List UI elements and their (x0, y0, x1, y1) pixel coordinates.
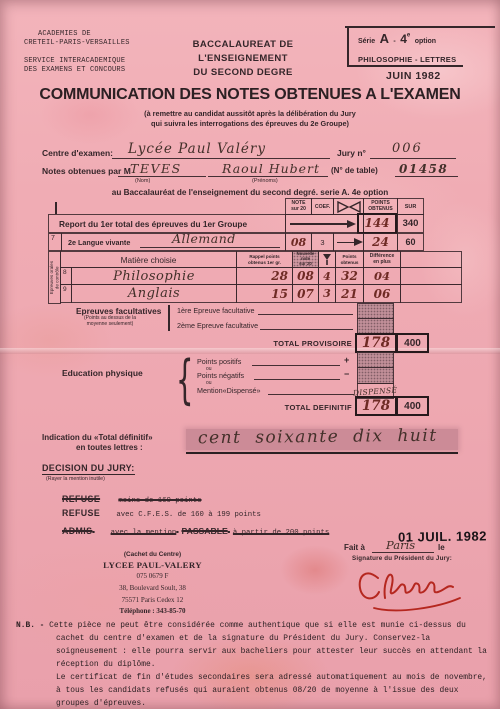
indication-rule (186, 452, 458, 454)
matiere-header-note: Nouvelle note sur 20 (292, 251, 319, 268)
col-header-coef: COEF. (311, 198, 334, 215)
report-points-box: 144 (357, 213, 397, 234)
centre-label: Centre d'examen: (42, 148, 113, 158)
diff-header-l2: en plus (373, 260, 391, 266)
row8-spare (400, 267, 462, 285)
date-stamp: 01 JUIL. 1982 (398, 528, 487, 544)
decision-title: DECISION DU JURY: (42, 463, 135, 475)
jury-field-line (370, 157, 456, 159)
education-line2-rule (254, 378, 340, 380)
page-title: COMMUNICATION DES NOTES OBTENUES A L'EXA… (0, 86, 500, 104)
education-line3-label: Mention«Dispensé» (197, 386, 261, 395)
lycee-address1: 38, Boulevard Soult, 38 (60, 584, 245, 592)
facultative2-line (260, 328, 353, 330)
report-points-value: 144 (364, 216, 389, 230)
total-provisoire-label: TOTAL PROVISOIRE (240, 339, 352, 348)
report-row-label: Report du 1er total des épreuves du 1er … (48, 214, 286, 233)
row9-rappel: 15 (236, 284, 293, 303)
table-number-value: 01458 (399, 162, 448, 176)
prenom-sublabel: (Prénoms) (252, 178, 278, 184)
row7-subject-line (140, 246, 280, 248)
total-definitif-box: 178 (355, 396, 397, 416)
bac-option-line: au Baccalauréat de l'enseignement du sec… (0, 188, 500, 197)
serie-word: option (415, 38, 436, 45)
multiply-bowtie-icon (337, 201, 361, 213)
row7-num: 7 (48, 233, 62, 251)
centre-value: Lycée Paul Valéry (128, 141, 266, 157)
service-line1: SERVICE INTERACADEMIQUE (24, 57, 130, 66)
table-number-label: (N° de table) (331, 166, 378, 175)
points-header-l2: obtenus (341, 260, 359, 265)
education-minus-cell (357, 367, 394, 384)
col-header-note: NOTE sur 20 (285, 198, 312, 215)
row9-spare (400, 284, 462, 303)
academies-line1: ACADEMIES DE (24, 30, 130, 39)
row8-rappel: 28 (236, 267, 293, 285)
jury-label: Jury n° (337, 148, 366, 158)
lycee-address2: 75571 Paris Cedex 12 (60, 596, 245, 604)
report-sur-cell: 340 (397, 214, 424, 233)
col-header-sur: SUR (397, 198, 424, 215)
matiere-header-coef (318, 251, 336, 268)
serie-sup: e (407, 33, 410, 39)
decision-admis-word: ADMIS (62, 526, 92, 536)
academies-line2: CRETEIL-PARIS-VERSAILLES (24, 39, 130, 48)
decision-note: (Rayer la mention inutile) (46, 476, 105, 482)
education-line1-rule (252, 364, 340, 366)
education-plus-sign: + (344, 355, 349, 365)
filiere-label: PHILOSOPHIE - LETTRES (358, 55, 463, 64)
rappel-header-l2: obtenus 1er gr. (248, 260, 281, 265)
row9-subject-cell: Anglais (71, 284, 237, 303)
decision-refuse2-rest: avec C.F.E.S. de 160 à 199 points (116, 511, 261, 519)
decision-admis-passable: PASSABLE (182, 526, 228, 536)
row8-points: 32 (335, 267, 364, 285)
row9-subject: Anglais (128, 286, 180, 301)
row7-label: 2e Langue vivante (68, 238, 130, 247)
matiere-header-label: Matière choisie (60, 251, 237, 268)
serie-value: A (380, 31, 389, 46)
decision-refuse1-rest: moins de 160 points (118, 497, 201, 505)
education-label: Education physique (62, 368, 143, 378)
total-definitif-max-box: 400 (396, 396, 429, 416)
row7-sur: 60 (397, 233, 424, 251)
total-provisoire-box: 178 (355, 333, 397, 353)
facultative1-line (258, 313, 353, 315)
total-provisoire-max: 400 (404, 338, 421, 349)
row8-diff: 04 (363, 267, 401, 285)
decision-refuse1-word: REFUSE (62, 494, 100, 504)
bac-heading-line1: BACCALAUREAT DE L'ENSEIGNEMENT (148, 38, 338, 66)
lycee-code: 075 0679 F (60, 572, 245, 580)
fait-label: Fait à (344, 543, 365, 552)
multiply-funnel-icon (322, 253, 332, 266)
stain (280, 545, 350, 595)
education-minus-sign: − (344, 369, 349, 379)
facultative2-label: 2ème Epreuve facultative (177, 321, 258, 330)
total-definitif-max: 400 (404, 401, 421, 412)
indication-label-l1: Indication du «Total définitif» (42, 433, 153, 442)
indication-label-l2: en toutes lettres : (76, 443, 143, 452)
serie-box: Série A - 4e option PHILOSOPHIE - LETTRE… (347, 26, 463, 67)
matiere-header-spare (400, 251, 462, 268)
nb-paragraph2: Le certificat de fin d'études secondaire… (16, 671, 488, 709)
education-line1-label: Points positifs (197, 357, 241, 366)
document-page: ACADEMIES DE CRETEIL-PARIS-VERSAILLES SE… (0, 0, 500, 709)
signature (352, 562, 472, 620)
arrow-icon (337, 242, 355, 244)
facultative1-label: 1ère Epreuve facultative (177, 306, 255, 315)
row7-coef: 3 (311, 233, 334, 251)
signature-label: Signature du Président du Jury: (352, 555, 452, 562)
title-subline2: qui suivra les interrogations des épreuv… (0, 119, 500, 128)
row7-points: 24 (363, 233, 398, 251)
decision-admis-row: ADMIS avec la mention PASSABLE à partir … (62, 526, 329, 537)
decision-refuse2-word: REFUSE (62, 508, 100, 518)
total-definitif-value: 178 (362, 398, 390, 414)
row9-points: 21 (335, 284, 364, 303)
service-line2: DES EXAMENS ET CONCOURS (24, 66, 130, 75)
row7-subject-value: Allemand (172, 231, 236, 246)
cachet-note: (Cachet du Centre) (60, 551, 245, 558)
cachet-block: (Cachet du Centre) LYCEE PAUL-VALERY 075… (60, 551, 245, 615)
nb-paragraph1: N.B. - Cette pièce ne peut être considér… (16, 619, 488, 671)
row9-diff: 06 (363, 284, 401, 303)
facultatives-sublabel: (Points au dessus de la moyenne seulemen… (84, 316, 136, 328)
education-line3-rule (268, 393, 354, 395)
title-subline1: (à remettre au candidat aussitôt après l… (0, 109, 500, 118)
row8-coef: 4 (318, 267, 336, 285)
table-left-tick (55, 202, 57, 214)
nb-prefix: N.B. - (16, 621, 44, 630)
row9-coef: 3 (318, 284, 336, 303)
nb-para1-text: Cette pièce ne peut être considérée comm… (49, 621, 487, 669)
facultatives-divider (168, 305, 170, 331)
note-header-l3: sur 20 (299, 262, 312, 267)
serie-dash: - (393, 38, 395, 45)
total-provisoire-value: 178 (362, 335, 390, 351)
total-definitif-label: TOTAL DEFINITIF (240, 403, 352, 412)
nom-sublabel: (Nom) (135, 178, 150, 184)
facultatives-sublabel-l2: moyenne seulement) (84, 322, 136, 328)
indication-value: cent soixante dix huit (198, 426, 438, 449)
decision-admis-rest2: à partir de 200 points (233, 529, 329, 537)
education-line2-label: Points négatifs (197, 371, 244, 380)
education-plus-cell (357, 352, 394, 368)
bac-heading-line2: DU SECOND DEGRE (148, 66, 338, 80)
nom-value: TEVES (130, 161, 182, 176)
lycee-phone: Téléphone : 343-85-70 (60, 607, 245, 615)
education-brace: { (176, 349, 193, 410)
matiere-header-points: Points obtenus (335, 251, 364, 268)
decision-admis-rest1: avec la mention (111, 529, 177, 537)
row8-subject: Philosophie (113, 269, 195, 284)
le-label: le (438, 543, 445, 552)
row9-note: 07 (292, 284, 319, 303)
facultative2-points-cell (357, 318, 394, 334)
centre-field-line (112, 157, 330, 159)
arrow-icon (290, 223, 348, 225)
row8-note: 08 (292, 267, 319, 285)
row7-note: 08 (285, 233, 312, 251)
nb-block: N.B. - Cette pièce ne peut être considér… (16, 619, 488, 709)
decision-refuse2-row: REFUSE avec C.F.E.S. de 160 à 199 points (62, 508, 261, 519)
matiere-header-diff: Différence en plus (363, 251, 401, 268)
total-provisoire-max-box: 400 (396, 333, 429, 353)
lycee-name: LYCEE PAUL-VALERY (60, 560, 245, 570)
session-date: JUIN 1982 (386, 70, 441, 82)
matiere-header-rappel: Rappel points obtenus 1er gr. (236, 251, 293, 268)
serie-label: Série (358, 38, 375, 45)
jury-value: 006 (392, 141, 423, 156)
academies-block: ACADEMIES DE CRETEIL-PARIS-VERSAILLES SE… (24, 30, 130, 75)
row8-subject-cell: Philosophie (71, 267, 237, 285)
decision-refuse1-row: REFUSE moins de 160 points (62, 494, 202, 505)
col-header-note-l2: sur 20 (291, 207, 306, 213)
bac-heading: BACCALAUREAT DE L'ENSEIGNEMENT DU SECOND… (148, 38, 338, 80)
facultative1-points-cell (357, 303, 394, 319)
col-header-points-l2: OBTENUS (368, 207, 392, 213)
prenom-value: Raoul Hubert (222, 161, 320, 176)
serie-num: 4 (400, 32, 407, 46)
